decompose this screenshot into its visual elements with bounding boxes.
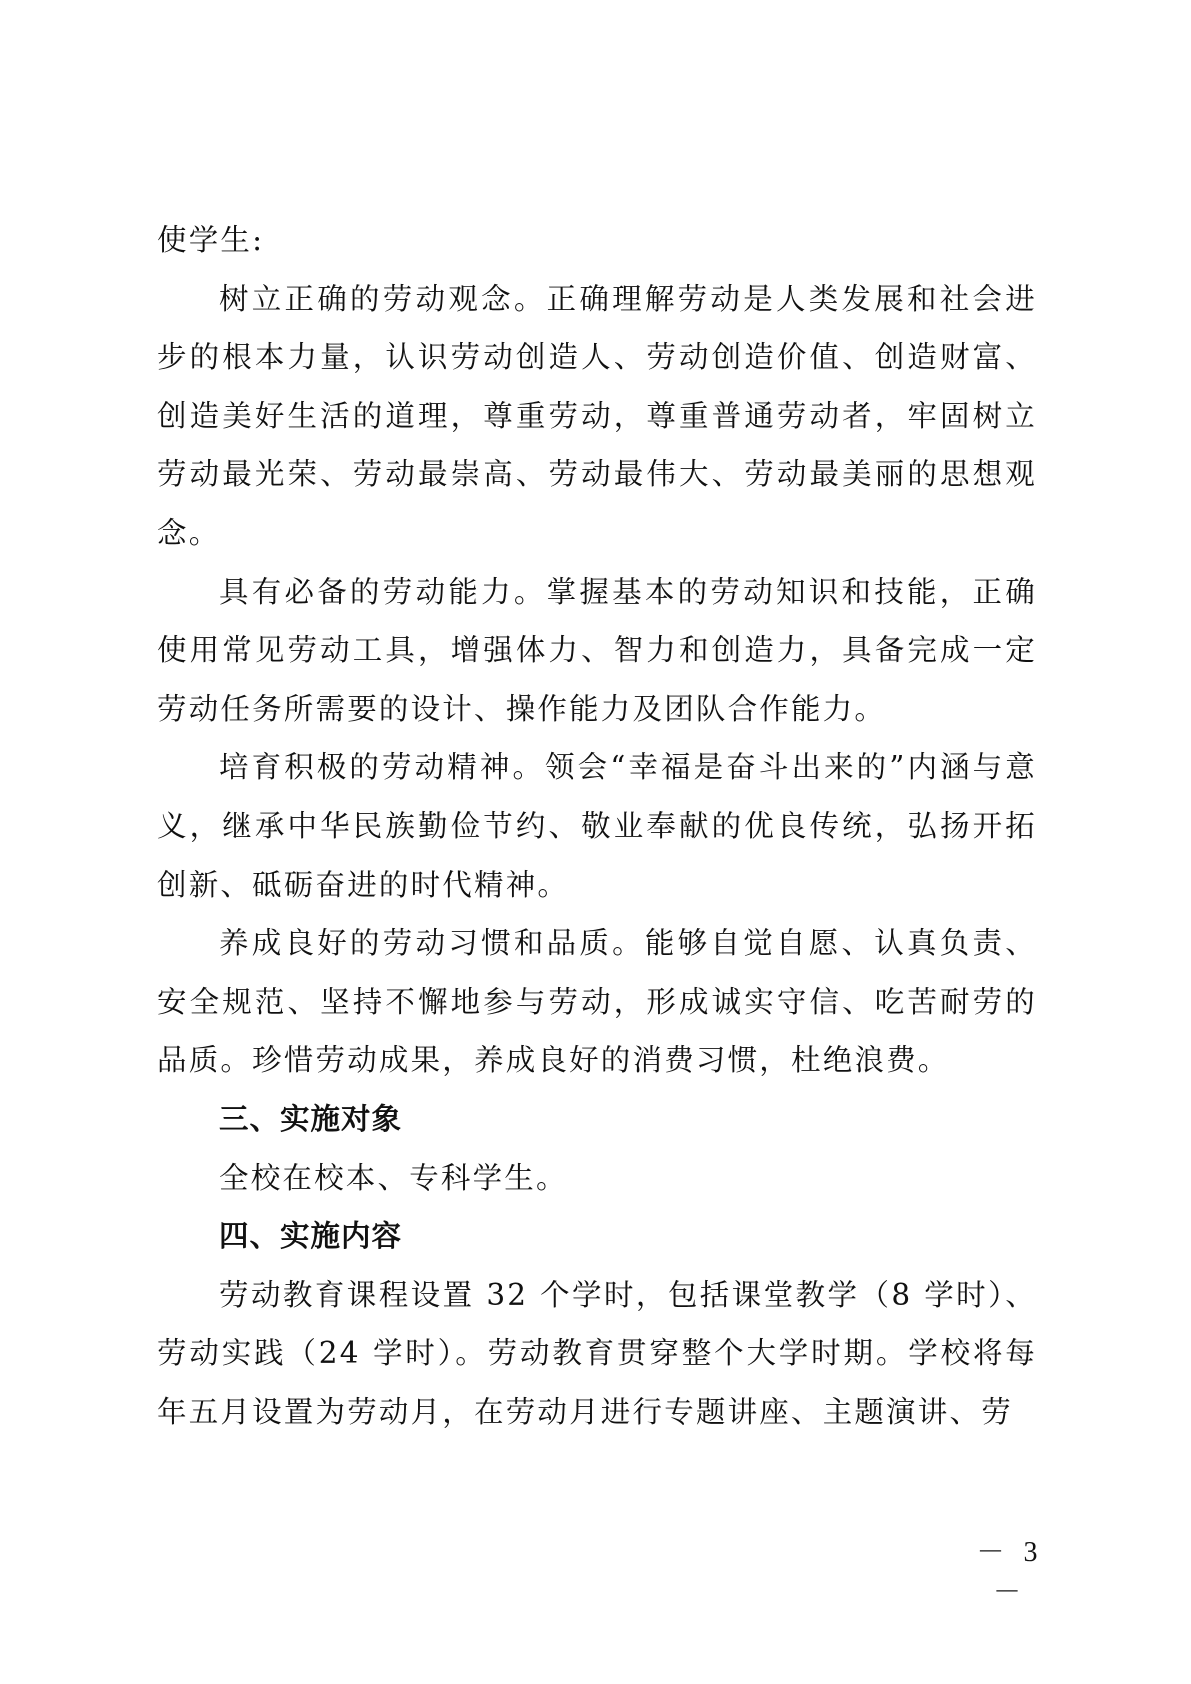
section-body-target: 全校在校本、专科学生。 [157, 1149, 1037, 1208]
goal-paragraph-labor-spirit: 培育积极的劳动精神。领会“幸福是奋斗出来的”内涵与意义，继承中华民族勤俭节约、敬… [157, 738, 1037, 914]
document-body: 使学生: 树立正确的劳动观念。正确理解劳动是人类发展和社会进步的根本力量，认识劳… [157, 211, 1037, 1441]
document-page: 使学生: 树立正确的劳动观念。正确理解劳动是人类发展和社会进步的根本力量，认识劳… [0, 0, 1191, 1684]
goal-paragraph-labor-habits: 养成良好的劳动习惯和品质。能够自觉自愿、认真负责、安全规范、坚持不懈地参与劳动，… [157, 914, 1037, 1090]
section-heading-target: 三、实施对象 [157, 1090, 1037, 1149]
goal-paragraph-labor-ability: 具有必备的劳动能力。掌握基本的劳动知识和技能，正确使用常见劳动工具，增强体力、智… [157, 563, 1037, 739]
section-body-content: 劳动教育课程设置 32 个学时，包括课堂教学（8 学时）、劳动实践（24 学时）… [157, 1266, 1037, 1442]
section-heading-content: 四、实施内容 [157, 1207, 1037, 1266]
goal-paragraph-labor-concept: 树立正确的劳动观念。正确理解劳动是人类发展和社会进步的根本力量，认识劳动创造人、… [157, 270, 1037, 563]
page-number: － 3 － [960, 1530, 1060, 1610]
intro-line: 使学生: [157, 211, 1037, 270]
